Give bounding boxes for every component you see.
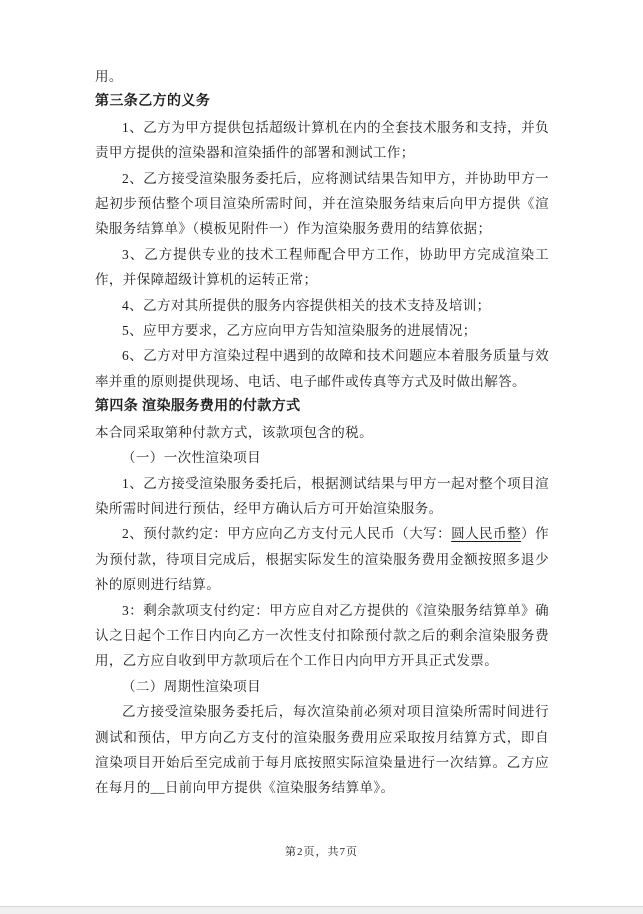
continuation-text: 用。 <box>95 64 549 89</box>
section-4-heading: 第四条 渲染服务费用的付款方式 <box>95 394 549 419</box>
amount-in-words: 圆人民币整 <box>451 526 521 541</box>
clause-item-6: 6、乙方对甲方渲染过程中遇到的故障和技术问题应本着服务质量与效率并重的原则提供现… <box>95 343 549 394</box>
page-number: 第2页，共7页 <box>0 843 643 859</box>
prepayment-clause: 2、预付款约定：甲方应向乙方支付元人民币（大写：圆人民币整）作为预付款，待项目完… <box>95 521 549 597</box>
prepayment-clause-pre: 2、预付款约定：甲方应向乙方支付元人民币（大写： <box>122 526 451 541</box>
clause-item-1: 1、乙方为甲方提供包括超级计算机在内的全套技术服务和支持，并负责甲方提供的渲染器… <box>95 115 549 166</box>
page-bottom-edge <box>0 906 643 914</box>
clause-item-2: 2、乙方接受渲染服务委托后，应将测试结果告知甲方，并协助甲方一起初步预估整个项目… <box>95 166 549 242</box>
payment-method-intro: 本合同采取第种付款方式，该款项包含的税。 <box>95 420 549 445</box>
periodic-project-body: 乙方接受渲染服务委托后，每次渲染前必须对项目渲染所需时间进行测试和预估，甲方向乙… <box>95 699 549 801</box>
remaining-payment-clause: 3：剩余款项支付约定：甲方应自对乙方提供的《渲染服务结算单》确认之日起个工作日内… <box>95 598 549 674</box>
one-time-item-1: 1、乙方接受渲染服务委托后，根据测试结果与甲方一起对整个项目渲染所需时间进行预估… <box>95 471 549 522</box>
document-body: 用。 第三条乙方的义务 1、乙方为甲方提供包括超级计算机在内的全套技术服务和支持… <box>95 64 549 801</box>
clause-item-5: 5、应甲方要求，乙方应向甲方告知渲染服务的进展情况； <box>95 318 549 343</box>
periodic-project-title: （二）周期性渲染项目 <box>95 674 549 699</box>
clause-item-4: 4、乙方对其所提供的服务内容提供相关的技术支持及培训； <box>95 293 549 318</box>
clause-item-3: 3、乙方提供专业的技术工程师配合甲方工作，协助甲方完成渲染工作，并保障超级计算机… <box>95 242 549 293</box>
one-time-project-title: （一）一次性渲染项目 <box>95 445 549 470</box>
section-3-heading: 第三条乙方的义务 <box>95 89 549 114</box>
document-page: 用。 第三条乙方的义务 1、乙方为甲方提供包括超级计算机在内的全套技术服务和支持… <box>0 0 643 914</box>
